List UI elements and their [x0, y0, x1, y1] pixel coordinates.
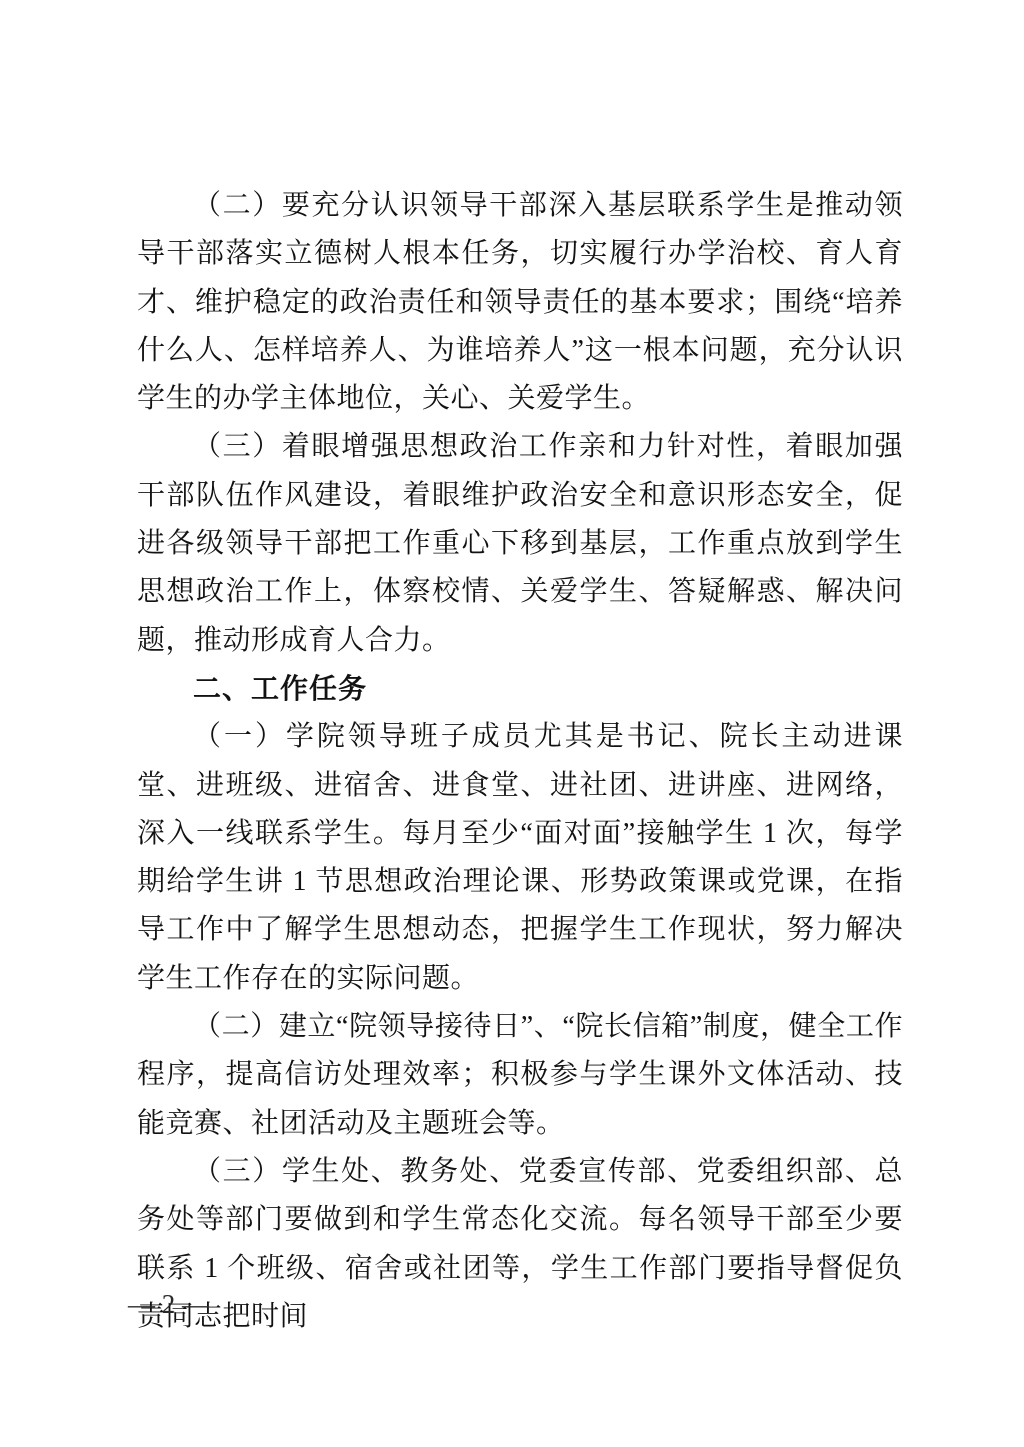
paragraph-section2-item2: （二）建立“院领导接待日”、“院长信箱”制度，健全工作程序，提高信访处理效率；积…	[137, 1003, 903, 1148]
paragraph-section2-item3: （三）学生处、教务处、党委宣传部、党委组织部、总务处等部门要做到和学生常态化交流…	[137, 1148, 903, 1341]
paragraph-section2-item1: （一）学院领导班子成员尤其是书记、院长主动进课堂、进班级、进宿舍、进食堂、进社团…	[137, 713, 903, 1003]
paragraph-section1-item2: （二）要充分认识领导干部深入基层联系学生是推动领导干部落实立德树人根本任务，切实…	[137, 182, 903, 423]
paragraph-section1-item3: （三）着眼增强思想政治工作亲和力针对性，着眼加强干部队伍作风建设，着眼维护政治安…	[137, 423, 903, 664]
page-number: — 2 —	[128, 1284, 209, 1324]
document-page: （二）要充分认识领导干部深入基层联系学生是推动领导干部落实立德树人根本任务，切实…	[0, 0, 1024, 1447]
section-heading-work-tasks: 二、工作任务	[137, 665, 903, 713]
document-body: （二）要充分认识领导干部深入基层联系学生是推动领导干部落实立德树人根本任务，切实…	[137, 182, 903, 1341]
